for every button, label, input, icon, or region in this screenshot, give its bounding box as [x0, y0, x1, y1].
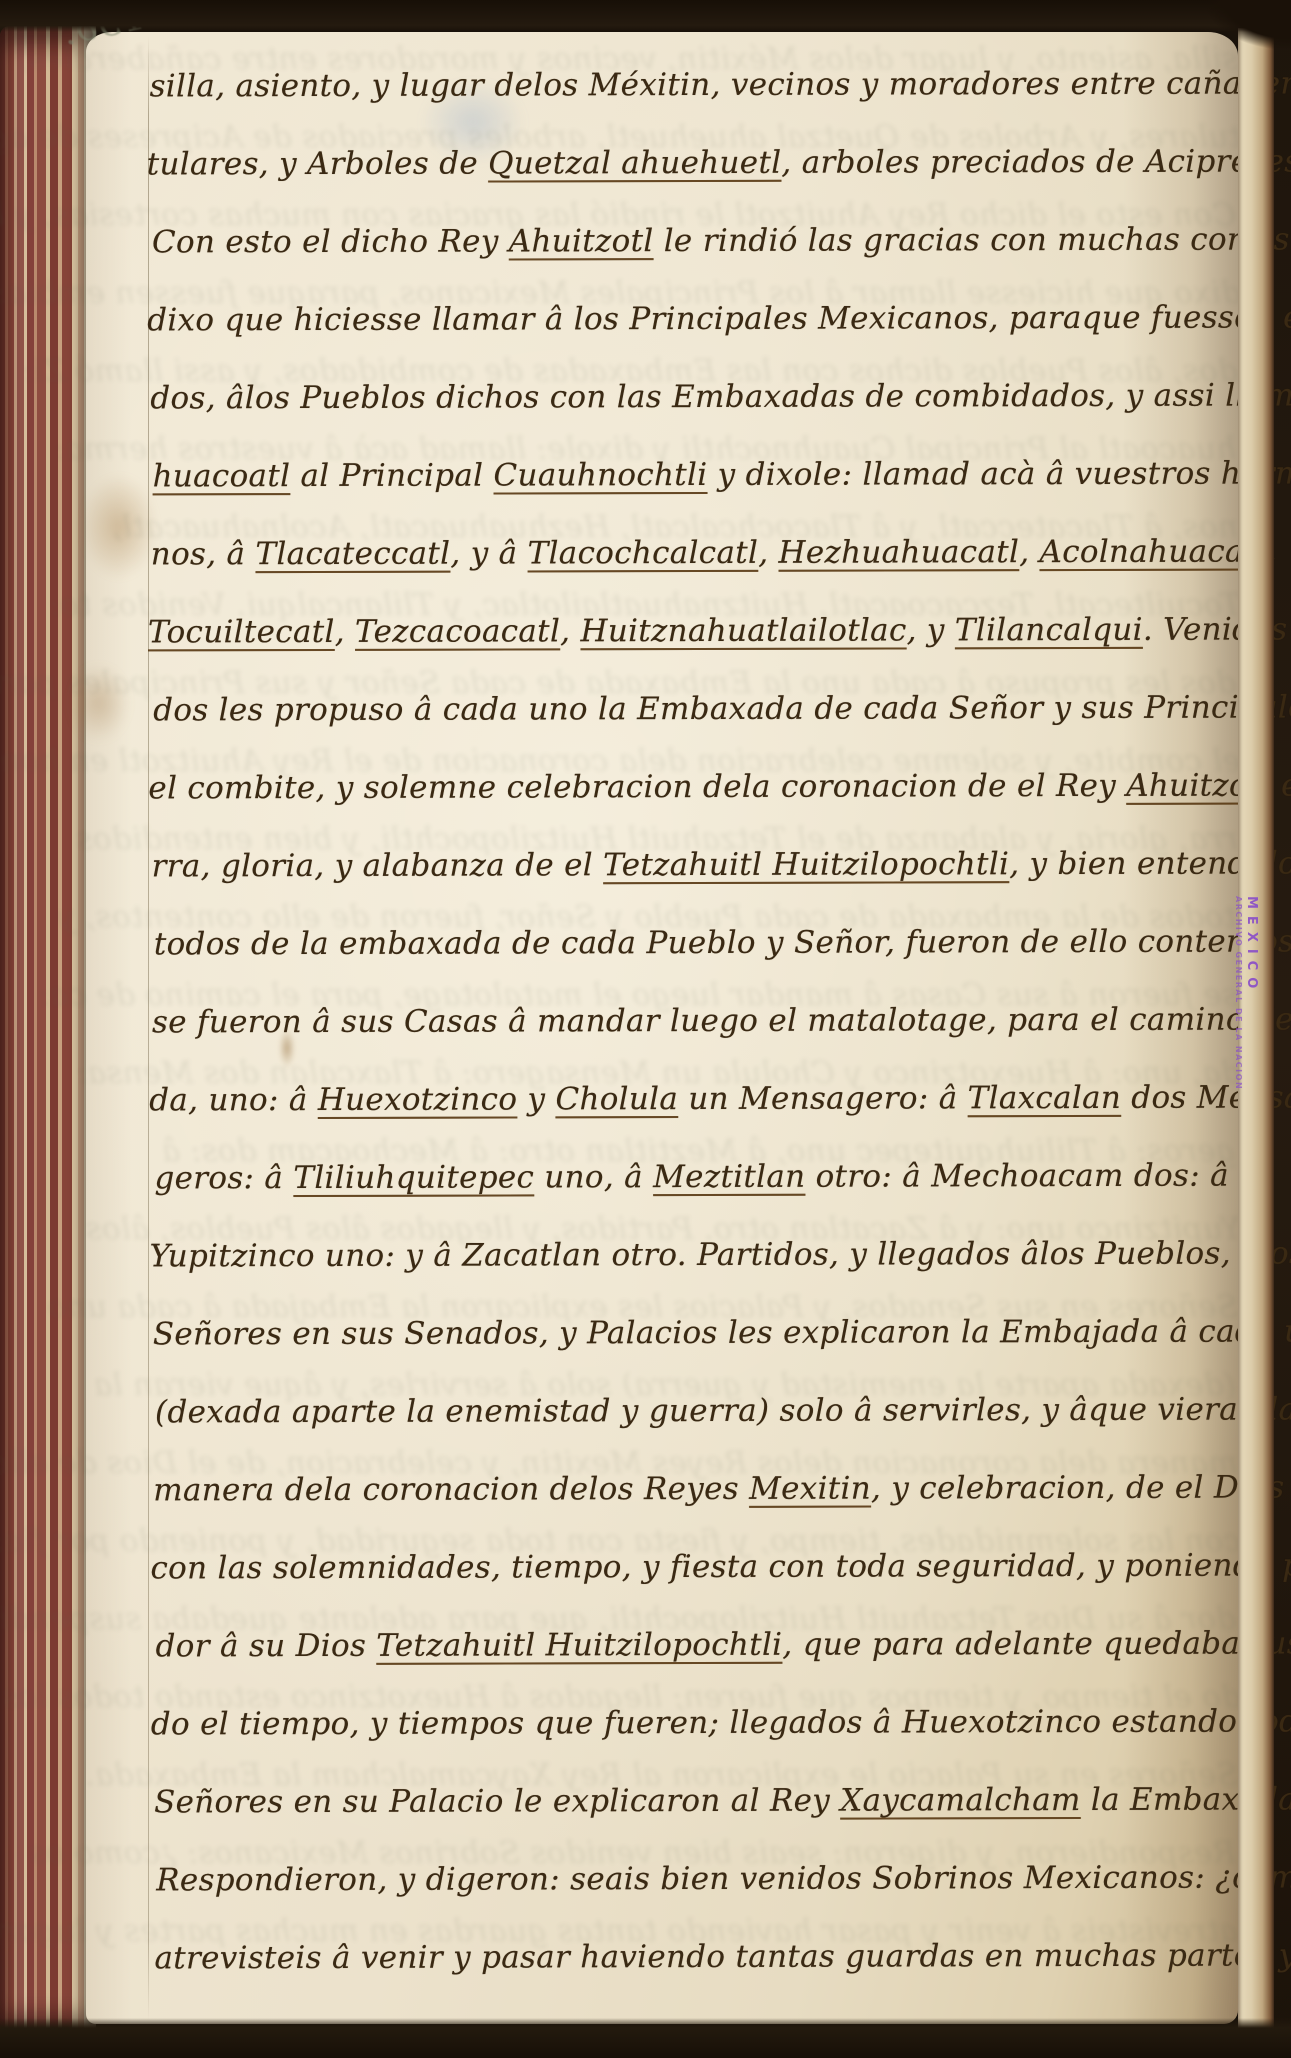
- manuscript-line: Con esto el dicho Rey Ahuitzotl le rindi…: [152, 199, 1242, 280]
- manuscript-line: Tocuiltecatl, Tezcacoacatl, Huitznahuatl…: [148, 589, 1238, 670]
- manuscript-line: se fueron â sus Casas â mandar luego el …: [152, 979, 1242, 1060]
- manuscript-line: dixo que hiciesse llamar â los Principal…: [147, 277, 1237, 358]
- manuscript-line: todos de la embaxada de cada Pueblo y Se…: [154, 901, 1244, 982]
- book-binding-bottom: [0, 2018, 1291, 2058]
- manuscript-line: huacoatl al Principal Cuauhnochtli y dix…: [152, 433, 1242, 514]
- archive-stamp: ARCHIVO GENERAL DE LA NACION MEXICO: [1234, 896, 1259, 1196]
- archive-stamp-mexico: MEXICO: [1244, 896, 1259, 995]
- archive-stamp-title: ARCHIVO GENERAL DE LA NACION: [1234, 896, 1243, 1090]
- manuscript-line: Respondieron, y digeron: seais bien veni…: [156, 1837, 1246, 1918]
- manuscript-line: geros: â Tliliuhquitepec uno, â Meztitla…: [154, 1135, 1244, 1216]
- manuscript-line: do el tiempo, y tiempos que fueren; lleg…: [151, 1681, 1241, 1762]
- manuscript-line: Señores en sus Senados, y Palacios les e…: [153, 1291, 1243, 1372]
- manuscript-line: Yupitzinco uno: y â Zacatlan otro. Parti…: [150, 1213, 1240, 1294]
- manuscript-line: con las solemnidades, tiempo, y fiesta c…: [150, 1525, 1240, 1606]
- manuscript-line: silla, asiento, y lugar delos Méxitin, v…: [149, 43, 1239, 124]
- manuscript-line: nos, â Tlacateccatl, y â Tlacochcalcatl,…: [151, 511, 1241, 592]
- manuscript-line: da, uno: â Huexotzinco y Cholula un Mens…: [149, 1057, 1239, 1138]
- book-fore-edge-pages: [0, 26, 96, 2034]
- manuscript-line: dor â su Dios Tetzahuitl Huitzilopochtli…: [156, 1603, 1246, 1684]
- backdrop-corner: [1171, 0, 1291, 70]
- manuscript-line: dos, âlos Pueblos dichos con las Embaxad…: [150, 355, 1240, 436]
- manuscript-line: Señores en su Palacio le explicaron al R…: [154, 1759, 1244, 1840]
- manuscript-line: atrevisteis â venir y pasar haviendo tan…: [154, 1915, 1244, 1996]
- manuscript-text-block: silla, asiento, y lugar delos Méxitin, v…: [149, 43, 1244, 1996]
- manuscript-line: manera dela coronacion delos Reyes Mexit…: [153, 1447, 1243, 1528]
- manuscript-line: tulares, y Arboles de Quetzal ahuehuetl,…: [147, 121, 1237, 202]
- manuscript-photo: 156. silla, asiento, y lugar delos Méxit…: [0, 0, 1291, 2058]
- manuscript-line: el combite, y solemne celebracion dela c…: [148, 745, 1238, 826]
- book-binding-top: [0, 0, 1291, 32]
- manuscript-line: (dexada aparte la enemistad y guerra) so…: [155, 1369, 1245, 1450]
- manuscript-line: rra, gloria, y alabanza de el Tetzahuitl…: [151, 823, 1241, 904]
- manuscript-line: dos les propuso â cada uno la Embaxada d…: [153, 667, 1243, 748]
